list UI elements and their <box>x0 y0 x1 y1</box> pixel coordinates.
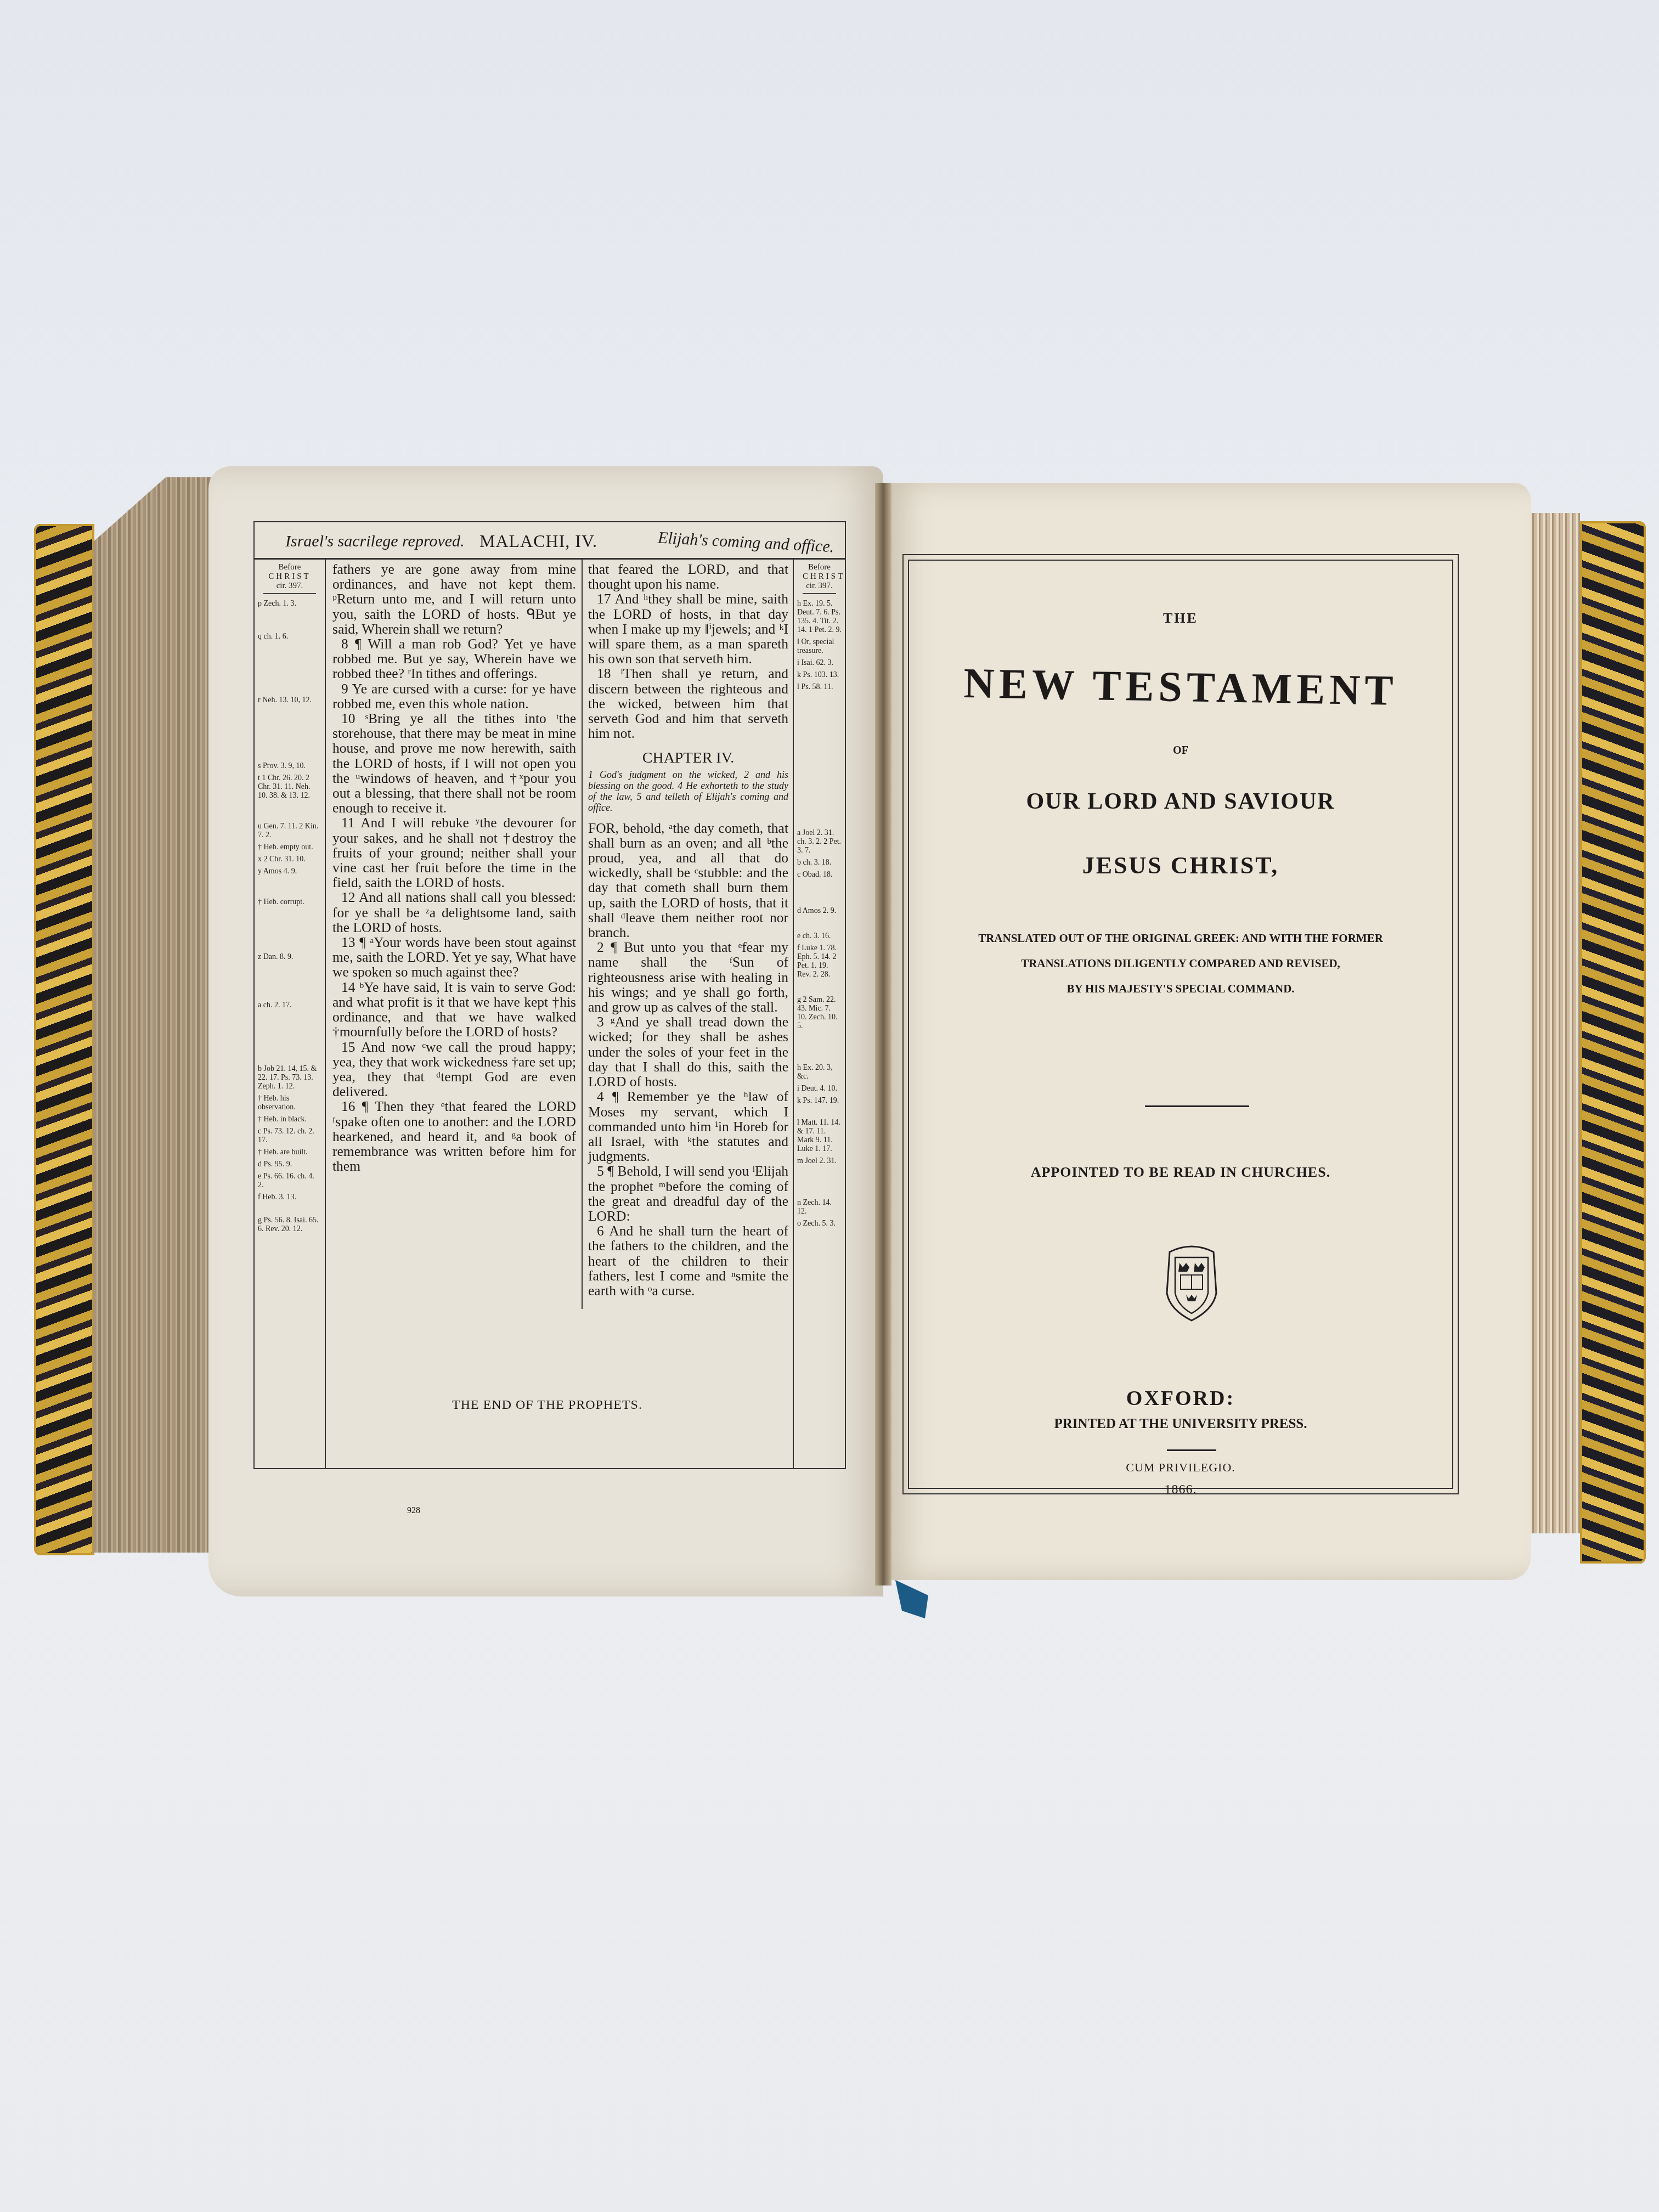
margin-ref: y Amos 4. 9. <box>258 867 321 876</box>
era-line3: cir. 397. <box>803 582 836 591</box>
margin-ref: h Ex. 19. 5. Deut. 7. 6. Ps. 135. 4. Tit… <box>797 600 842 635</box>
margin-ref: z Dan. 8. 9. <box>258 953 321 962</box>
page-block-left <box>93 477 214 1553</box>
text-frame: Before CHRIST cir. 397. p Zech. 1. 3. q … <box>253 558 846 1469</box>
margin-ref: c Obad. 18. <box>797 871 842 879</box>
era-line1: Before <box>803 563 836 572</box>
divider-rule-small <box>1167 1449 1216 1451</box>
margin-ref: a ch. 2. 17. <box>258 1001 321 1010</box>
margin-ref: o Zech. 5. 3. <box>797 1220 842 1228</box>
verse: 3 ᵍAnd ye shall tread down the wicked; f… <box>588 1014 788 1089</box>
end-of-prophets-note: THE END OF THE PROPHETS. <box>452 1398 642 1413</box>
translation-note: TRANSLATED OUT OF THE ORIGINAL GREEK: AN… <box>909 926 1452 1001</box>
chapter-summary: 1 God's judgment on the wicked, 2 and hi… <box>588 769 788 813</box>
cum-privilegio: CUM PRIVILEGIO. <box>909 1460 1452 1475</box>
margin-ref: l Matt. 11. 14. & 17. 11. Mark 9. 11. Lu… <box>797 1119 842 1154</box>
verse: 10 ˢBring ye all the tithes into ᵗthe st… <box>332 711 576 815</box>
margin-ref: n Zech. 14. 12. <box>797 1199 842 1216</box>
verse-1: FOR, behold, ᵃthe day cometh, that shall… <box>588 821 788 940</box>
open-bible: Israel's sacrilege reproved. MALACHI, IV… <box>0 0 1659 2212</box>
margin-ref: r Neh. 13. 10, 12. <box>258 696 321 705</box>
margin-ref: x 2 Chr. 31. 10. <box>258 855 321 864</box>
margin-ref: a Joel 2. 31. ch. 3. 2. 2 Pet. 3. 7. <box>797 829 842 855</box>
margin-ref: † Heb. his observation. <box>258 1094 321 1112</box>
era-label: Before CHRIST cir. 397. <box>803 563 836 594</box>
margin-ref: e ch. 3. 16. <box>797 932 842 941</box>
book-gutter <box>875 483 891 1585</box>
new-testament-title-page: THE NEW TESTAMENT OF OUR LORD AND SAVIOU… <box>908 560 1453 1489</box>
gilt-cover-edge-left <box>34 524 94 1555</box>
verse: 15 And now ᶜwe call the proud happy; yea… <box>332 1040 576 1099</box>
era-label: Before CHRIST cir. 397. <box>263 563 316 594</box>
text-column-2: that feared the LORD, and that thought u… <box>583 558 794 1301</box>
left-margin-references: Before CHRIST cir. 397. p Zech. 1. 3. q … <box>255 558 326 1468</box>
margin-ref: † Heb. in black. <box>258 1115 321 1124</box>
margin-ref: m Joel 2. 31. <box>797 1157 842 1166</box>
verse: 11 And I will rebuke ʸthe devourer for y… <box>332 815 576 890</box>
verse: fathers ye are gone away from mine ordin… <box>332 562 576 636</box>
era-line2: CHRIST <box>803 572 836 582</box>
running-head: Israel's sacrilege reproved. MALACHI, IV… <box>253 521 846 560</box>
running-head-left: Israel's sacrilege reproved. <box>285 532 465 551</box>
margin-ref: u Gen. 7. 11. 2 Kin. 7. 2. <box>258 822 321 840</box>
printer-line: PRINTED AT THE UNIVERSITY PRESS. <box>909 1417 1452 1432</box>
margin-ref: g Ps. 56. 8. Isai. 65. 6. Rev. 20. 12. <box>258 1216 321 1234</box>
verse: 14 ᵇYe have said, It is vain to serve Go… <box>332 980 576 1040</box>
margin-ref: f Luke 1. 78. Eph. 5. 14. 2 Pet. 1. 19. … <box>797 944 842 979</box>
margin-ref: s Prov. 3. 9, 10. <box>258 762 321 771</box>
verse: 4 ¶ Remember ye the ʰlaw of Moses my ser… <box>588 1089 788 1164</box>
title-jesus-christ: JESUS CHRIST, <box>909 851 1452 879</box>
title-of: OF <box>909 744 1452 757</box>
margin-ref: b Job 21. 14, 15. & 22. 17. Ps. 73. 13. … <box>258 1065 321 1091</box>
margin-ref: p Zech. 1. 3. <box>258 600 321 608</box>
margin-ref: k Ps. 103. 13. <box>797 671 842 680</box>
era-line2: CHRIST <box>263 572 316 582</box>
chapter-heading: CHAPTER IV. <box>588 751 788 765</box>
verse: 9 Ye are cursed with a curse: for ye hav… <box>332 681 576 711</box>
margin-ref: k Ps. 147. 19. <box>797 1097 842 1105</box>
era-line3: cir. 397. <box>263 582 316 591</box>
margin-ref: l Ps. 58. 11. <box>797 683 842 692</box>
margin-ref: † Heb. empty out. <box>258 843 321 852</box>
title-the: THE <box>909 610 1452 627</box>
era-line1: Before <box>263 563 316 572</box>
margin-ref: † Heb. corrupt. <box>258 898 321 907</box>
margin-ref: q ch. 1. 6. <box>258 633 321 641</box>
verse: 18 ˡThen shall ye return, and discern be… <box>588 666 788 741</box>
ribbon-bookmark[interactable] <box>895 1580 928 1618</box>
gilt-cover-edge-right <box>1580 521 1646 1564</box>
translation-line: BY HIS MAJESTY'S SPECIAL COMMAND. <box>909 976 1452 1001</box>
margin-ref: d Ps. 95. 9. <box>258 1160 321 1169</box>
page-number: 928 <box>407 1506 420 1516</box>
appointed-line: APPOINTED TO BE READ IN CHURCHES. <box>909 1164 1452 1181</box>
translation-line: TRANSLATED OUT OF THE ORIGINAL GREEK: AN… <box>909 926 1452 951</box>
margin-ref: † Heb. are built. <box>258 1148 321 1157</box>
verse: 2 ¶ But unto you that ᵉfear my name shal… <box>588 940 788 1014</box>
verse: 5 ¶ Behold, I will send you ˡElijah the … <box>588 1164 788 1223</box>
divider-rule <box>1145 1105 1249 1107</box>
translation-line: TRANSLATIONS DILIGENTLY COMPARED AND REV… <box>909 951 1452 976</box>
running-head-right: Elijah's coming and office. <box>657 529 834 557</box>
title-new-testament: NEW TESTAMENT <box>909 657 1452 716</box>
margin-ref: c Ps. 73. 12. ch. 2. 17. <box>258 1127 321 1145</box>
verse: 12 And all nations shall call you blesse… <box>332 890 576 935</box>
verse: 16 ¶ Then they ᵉthat feared the LORD ᶠsp… <box>332 1099 576 1173</box>
verse: 8 ¶ Will a man rob God? Yet ye have robb… <box>332 636 576 681</box>
running-head-center: MALACHI, IV. <box>479 531 597 551</box>
right-margin-references: Before CHRIST cir. 397. h Ex. 19. 5. Deu… <box>793 558 845 1468</box>
margin-ref: e Ps. 66. 16. ch. 4. 2. <box>258 1172 321 1190</box>
margin-ref: h Ex. 20. 3, &c. <box>797 1064 842 1081</box>
text-column-1: fathers ye are gone away from mine ordin… <box>327 558 583 1309</box>
margin-ref: t 1 Chr. 26. 20. 2 Chr. 31. 11. Neh. 10.… <box>258 774 321 800</box>
title-our-lord: OUR LORD AND SAVIOUR <box>909 788 1452 815</box>
verse: that feared the LORD, and that thought u… <box>588 562 788 591</box>
verse: 13 ¶ ᵃYour words have been stout against… <box>332 935 576 980</box>
place-oxford: OXFORD: <box>909 1386 1452 1410</box>
margin-ref: g 2 Sam. 22. 43. Mic. 7. 10. Zech. 10. 5… <box>797 996 842 1031</box>
margin-ref: ‖ Or, special treasure. <box>797 638 842 656</box>
oxford-university-crest-icon <box>1159 1241 1224 1323</box>
margin-ref: i Isai. 62. 3. <box>797 659 842 668</box>
margin-ref: b ch. 3. 18. <box>797 859 842 867</box>
margin-ref: d Amos 2. 9. <box>797 907 842 916</box>
publication-year: 1866. <box>909 1482 1452 1497</box>
verse: 6 And he shall turn the heart of the fat… <box>588 1223 788 1298</box>
malachi-page: Israel's sacrilege reproved. MALACHI, IV… <box>253 521 846 1498</box>
margin-ref: f Heb. 3. 13. <box>258 1193 321 1202</box>
margin-ref: i Deut. 4. 10. <box>797 1085 842 1093</box>
verse: 17 And ʰthey shall be mine, saith the LO… <box>588 591 788 666</box>
